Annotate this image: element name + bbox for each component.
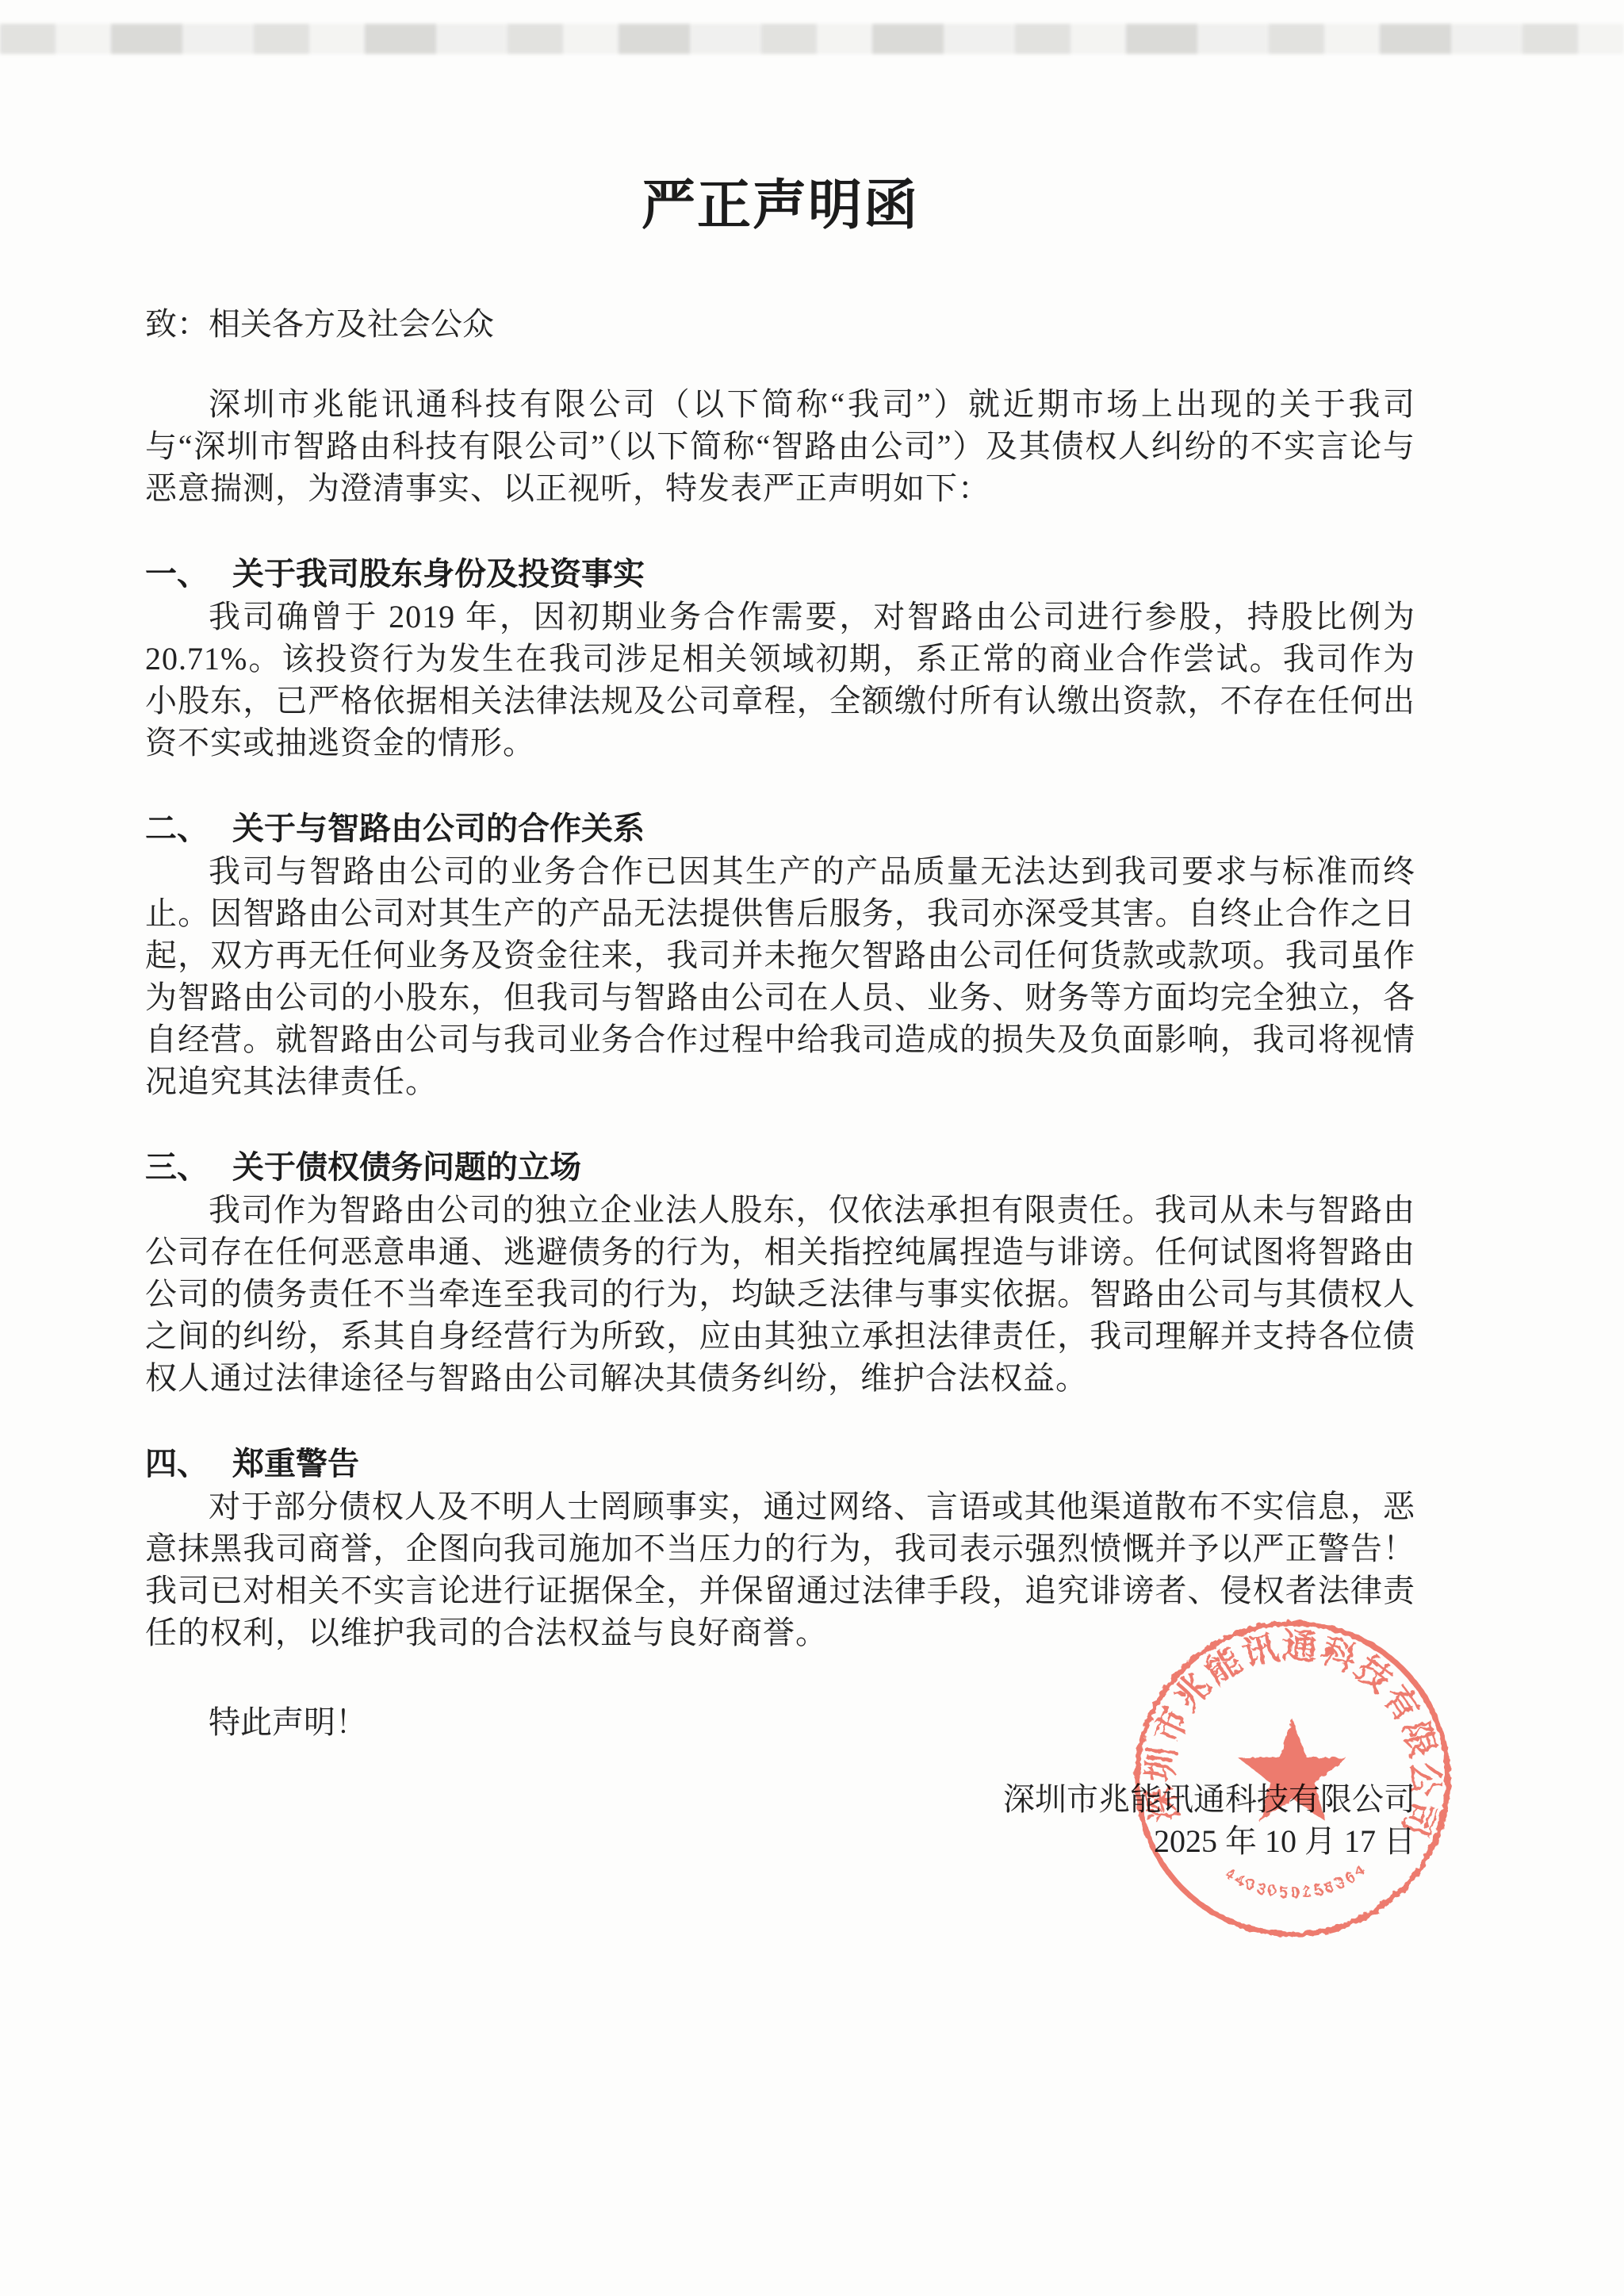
section-number: 四、 <box>145 1447 209 1481</box>
section-heading-text: 关于债权债务问题的立场 <box>232 1150 581 1185</box>
seal-serial-number: 4403050258364 <box>1221 1860 1371 1902</box>
section-number: 二、 <box>145 811 209 846</box>
section-heading-text: 郑重警告 <box>232 1447 359 1481</box>
section-heading-text: 关于我司股东身份及投资事实 <box>232 557 645 592</box>
section-number: 一、 <box>145 557 209 592</box>
section-heading: 一、关于我司股东身份及投资事实 <box>145 554 1415 596</box>
company-seal-stamp: 深圳市兆能讯通科技有限公司 4403050258364 <box>1126 1612 1459 1945</box>
section-heading-text: 关于与智路由公司的合作关系 <box>232 811 645 846</box>
section-block: 二、关于与智路由公司的合作关系 我司与智路由公司的业务合作已因其生产的产品质量无… <box>145 808 1415 1102</box>
document-column: 严正声明函 致：相关各方及社会公众 深圳市兆能讯通科技有限公司（以下简称“我司”… <box>145 0 1415 1862</box>
section-body-paragraph: 我司与智路由公司的业务合作已因其生产的产品质量无法达到我司要求与标准而终止。因智… <box>145 850 1415 1102</box>
section-heading: 四、郑重警告 <box>145 1443 1415 1485</box>
section-number: 三、 <box>145 1150 209 1185</box>
salutation-line: 致：相关各方及社会公众 <box>145 302 1415 347</box>
page-title: 严正声明函 <box>145 176 1415 236</box>
section-heading: 三、关于债权债务问题的立场 <box>145 1147 1415 1189</box>
section-body-paragraph: 我司确曾于 2019 年，因初期业务合作需要，对智路由公司进行参股，持股比例为 … <box>145 596 1415 764</box>
intro-paragraph: 深圳市兆能讯通科技有限公司（以下简称“我司”）就近期市场上出现的关于我司与“深圳… <box>145 383 1415 509</box>
section-heading: 二、关于与智路由公司的合作关系 <box>145 808 1415 850</box>
section-block: 一、关于我司股东身份及投资事实 我司确曾于 2019 年，因初期业务合作需要，对… <box>145 554 1415 764</box>
sections-container: 一、关于我司股东身份及投资事实 我司确曾于 2019 年，因初期业务合作需要，对… <box>145 554 1415 1654</box>
seal-star-icon <box>1239 1719 1347 1822</box>
section-body-paragraph: 我司作为智路由公司的独立企业法人股东，仅依法承担有限责任。我司从未与智路由公司存… <box>145 1189 1415 1399</box>
section-block: 三、关于债权债务问题的立场 我司作为智路由公司的独立企业法人股东，仅依法承担有限… <box>145 1147 1415 1399</box>
scanned-statement-page: 严正声明函 致：相关各方及社会公众 深圳市兆能讯通科技有限公司（以下简称“我司”… <box>0 0 1624 2296</box>
